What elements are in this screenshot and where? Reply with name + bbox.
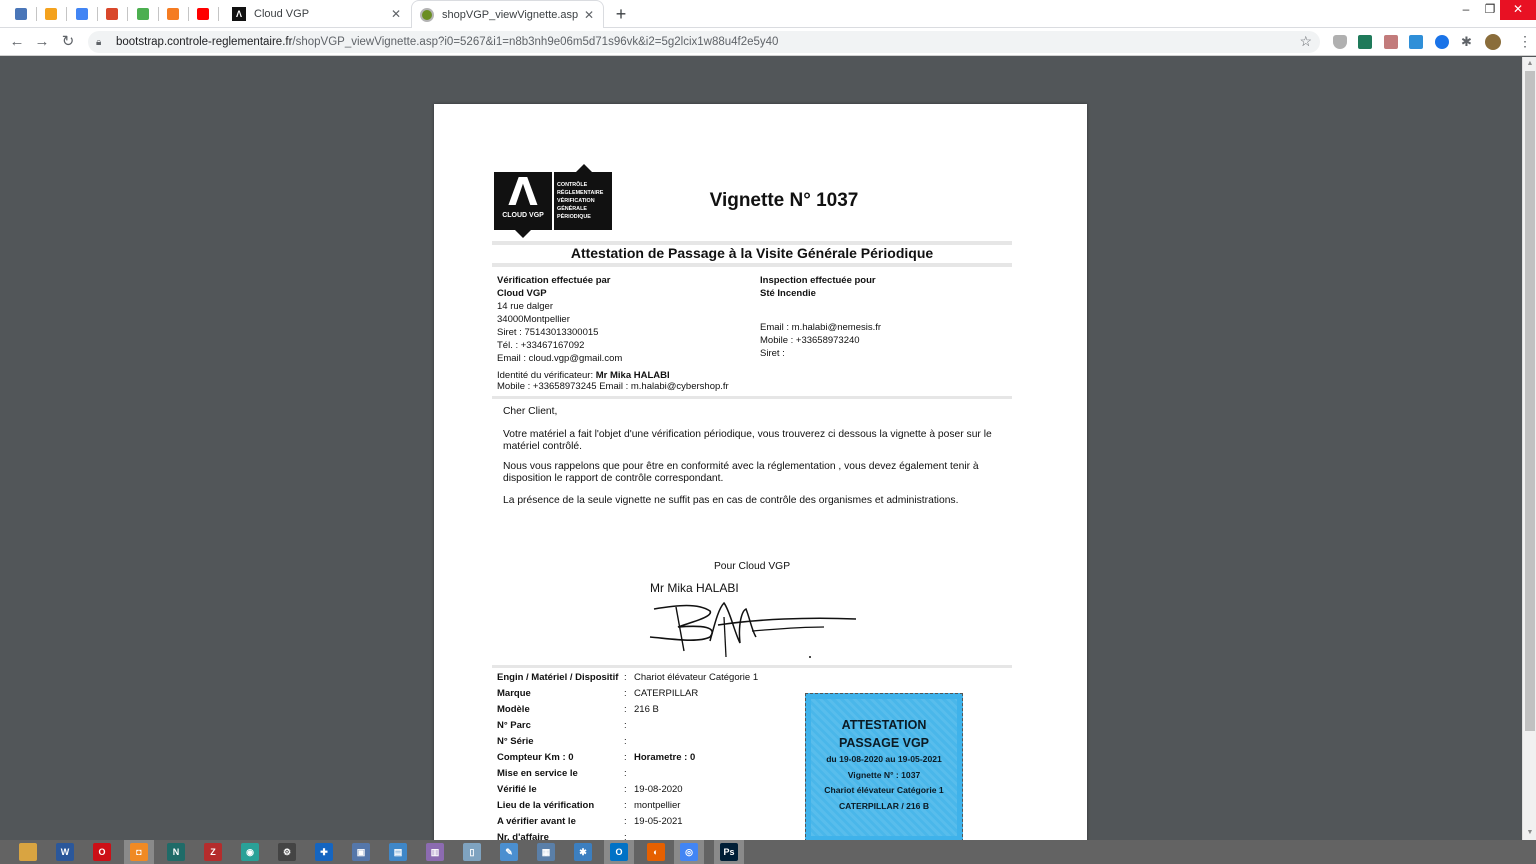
remote-desktop-icon[interactable]: ▣ <box>352 843 370 861</box>
box-icon[interactable] <box>162 5 184 23</box>
separator: : <box>624 720 627 731</box>
browser-toolbar: ← → ↻ 🔒︎ bootstrap.controle-reglementair… <box>0 28 1536 56</box>
equipment-label: A vérifier avant le <box>497 816 576 827</box>
tab-separator <box>158 7 159 21</box>
equipment-label: Modèle <box>497 704 530 715</box>
letter-paragraph-2: Nous vous rappelons que pour être en con… <box>503 461 1008 484</box>
tab-separator <box>97 7 98 21</box>
equipment-value: 19-05-2021 <box>634 816 683 827</box>
tab-separator <box>188 7 189 21</box>
divider <box>492 396 1012 399</box>
tab-title: shopVGP_viewVignette.asp <box>442 9 581 21</box>
sticker-line2: PASSAGE VGP <box>806 734 962 752</box>
forward-button[interactable]: → <box>32 32 52 52</box>
address-bar[interactable]: 🔒︎ bootstrap.controle-reglementaire.fr/s… <box>88 31 1320 53</box>
tab-cloud-vgp[interactable]: Λ Cloud VGP ✕ <box>224 0 410 28</box>
tab-title: Cloud VGP <box>254 8 388 20</box>
notepad-plus-icon[interactable]: N <box>167 843 185 861</box>
cloudvgp-favicon: Λ <box>232 7 246 21</box>
equipment-label: Lieu de la vérification <box>497 800 594 811</box>
equipment-value: montpellier <box>634 800 680 811</box>
tab-separator <box>36 7 37 21</box>
network-icon[interactable] <box>10 5 32 23</box>
opera-icon[interactable]: O <box>93 843 111 861</box>
separator: : <box>624 688 627 699</box>
outlook-icon[interactable]: O <box>610 843 628 861</box>
app-orange-icon[interactable]: ◘ <box>130 843 148 861</box>
document-page: Λ CLOUD VGP CONTRÔLE RÉGLEMENTAIRE VÉRIF… <box>434 104 1087 844</box>
pdf-viewer: Λ CLOUD VGP CONTRÔLE RÉGLEMENTAIRE VÉRIF… <box>0 57 1536 840</box>
close-window-button[interactable]: ✕ <box>1500 0 1536 20</box>
section-title: Attestation de Passage à la Visite Génér… <box>492 245 1012 261</box>
close-tab-icon[interactable]: ✕ <box>581 8 597 22</box>
new-tab-button[interactable]: + <box>611 4 631 24</box>
vertical-scrollbar[interactable]: ▲ ▼ <box>1522 57 1536 840</box>
defender-icon[interactable]: ✚ <box>315 843 333 861</box>
equipment-label: Engin / Matériel / Dispositif <box>497 672 618 683</box>
google-ads-icon[interactable] <box>71 5 93 23</box>
caret-logo-icon: Λ <box>508 172 538 212</box>
cloud-vgp-logo: Λ CLOUD VGP CONTRÔLE RÉGLEMENTAIRE VÉRIF… <box>494 164 612 239</box>
youtube-icon[interactable] <box>192 5 214 23</box>
equipment-value: 19-08-2020 <box>634 784 683 795</box>
equipment-value: 216 B <box>634 704 659 715</box>
verifier-name: Mr Mika HALABI <box>596 370 670 381</box>
back-button[interactable]: ← <box>7 32 27 52</box>
separator: : <box>624 672 627 683</box>
scroll-down-arrow-icon[interactable]: ▼ <box>1523 826 1536 840</box>
equipment-label: Vérifié le <box>497 784 537 795</box>
letter-paragraph-1: Votre matériel a fait l'objet d'une véri… <box>503 429 1008 452</box>
tab-separator <box>218 7 219 21</box>
calculator-icon[interactable]: ▦ <box>537 843 555 861</box>
calendar-extension-icon[interactable] <box>1409 35 1423 49</box>
clock-icon[interactable] <box>101 5 123 23</box>
equipment-label: N° Parc <box>497 720 531 731</box>
equipment-value: Horametre : 0 <box>634 752 695 763</box>
pdf-extension-icon[interactable] <box>1384 35 1398 49</box>
shield-extension-icon[interactable] <box>1333 35 1347 49</box>
spreadsheet-icon[interactable] <box>132 5 154 23</box>
filezilla-icon[interactable]: Z <box>204 843 222 861</box>
analytics-icon[interactable] <box>40 5 62 23</box>
profile-avatar[interactable] <box>1485 34 1501 50</box>
signatory-name: Mr Mika HALABI <box>650 581 739 595</box>
tab-separator <box>66 7 67 21</box>
extensions-puzzle-icon[interactable]: ✱ <box>1461 35 1475 49</box>
letter-greeting: Cher Client, <box>503 406 1008 418</box>
paint-icon[interactable]: ✎ <box>500 843 518 861</box>
tab-separator <box>127 7 128 21</box>
letter-paragraph-3: La présence de la seule vignette ne suff… <box>503 495 1008 507</box>
lock-icon: 🔒︎ <box>96 37 110 48</box>
globe-favicon <box>420 8 434 22</box>
client-block: Inspection effectuée pour Sté Incendie E… <box>760 274 1000 360</box>
sticker-period: du 19-08-2020 au 19-05-2021 <box>806 752 962 768</box>
notes-icon[interactable]: ▯ <box>463 843 481 861</box>
tab-shopvgp-viewvignette[interactable]: shopVGP_viewVignette.asp ✕ <box>411 0 604 28</box>
firefox-icon[interactable]: ◐ <box>647 843 665 861</box>
equipment-label: Mise en service le <box>497 768 578 779</box>
equipment-label: Marque <box>497 688 531 699</box>
s-extension-icon[interactable] <box>1358 35 1372 49</box>
tab-strip: Λ Cloud VGP ✕ shopVGP_viewVignette.asp ✕… <box>0 0 1536 28</box>
equipment-label: Compteur Km : 0 <box>497 752 574 763</box>
sticker-model: CATERPILLAR / 216 B <box>806 799 962 815</box>
sticker-number: Vignette N° : 1037 <box>806 768 962 784</box>
equipment-label: N° Série <box>497 736 534 747</box>
photoshop-icon[interactable]: Ps <box>720 843 738 861</box>
url-host: bootstrap.controle-reglementaire.fr <box>116 36 292 48</box>
equipment-value: Chariot élévateur Catégorie 1 <box>634 672 758 683</box>
vignette-title: Vignette N° 1037 <box>634 190 934 212</box>
separator: : <box>624 704 627 715</box>
bookmark-star-icon[interactable]: ☆ <box>1299 33 1312 50</box>
logo-tagline: CONTRÔLE RÉGLEMENTAIRE VÉRIFICATION GÉNÉ… <box>557 181 603 221</box>
separator: : <box>624 816 627 827</box>
separator: : <box>624 752 627 763</box>
logo-brand: CLOUD VGP <box>494 212 552 219</box>
separator: : <box>624 736 627 747</box>
reload-button[interactable]: ↻ <box>58 32 78 52</box>
separator: : <box>624 800 627 811</box>
sticker-line1: ATTESTATION <box>806 716 962 734</box>
letter-pour: Pour Cloud VGP <box>492 561 1012 572</box>
tools-icon[interactable]: ⚙ <box>278 843 296 861</box>
control-panel-icon[interactable]: ▤ <box>389 843 407 861</box>
o-extension-icon[interactable] <box>1435 35 1449 49</box>
url-path: /shopVGP_viewVignette.asp?i0=5267&i1=n8b… <box>292 36 778 48</box>
separator: : <box>624 768 627 779</box>
scrollbar-thumb[interactable] <box>1525 71 1535 731</box>
chrome-icon[interactable]: ◎ <box>680 843 698 861</box>
verifier-block: Vérification effectuée par Cloud VGP 14 … <box>497 274 757 392</box>
network-app-icon[interactable]: ✱ <box>574 843 592 861</box>
divider <box>492 263 1012 267</box>
browser-menu-icon[interactable]: ⋮ <box>1518 33 1532 50</box>
separator: : <box>624 784 627 795</box>
scroll-up-arrow-icon[interactable]: ▲ <box>1523 57 1536 71</box>
windows-taskbar: WO◘NZ◉⚙✚▣▤▥▯✎▦✱O◐◎Ps <box>0 840 1536 864</box>
vignette-sticker: ATTESTATION PASSAGE VGP du 19-08-2020 au… <box>805 693 963 842</box>
archive-icon[interactable]: ▥ <box>426 843 444 861</box>
globe-app-icon[interactable]: ◉ <box>241 843 259 861</box>
close-tab-icon[interactable]: ✕ <box>388 7 404 21</box>
divider <box>492 665 1012 668</box>
file-explorer-icon[interactable] <box>19 843 37 861</box>
word-icon[interactable]: W <box>56 843 74 861</box>
signature-image <box>648 597 858 662</box>
equipment-value: CATERPILLAR <box>634 688 698 699</box>
sticker-equipment: Chariot élévateur Catégorie 1 <box>806 783 962 799</box>
